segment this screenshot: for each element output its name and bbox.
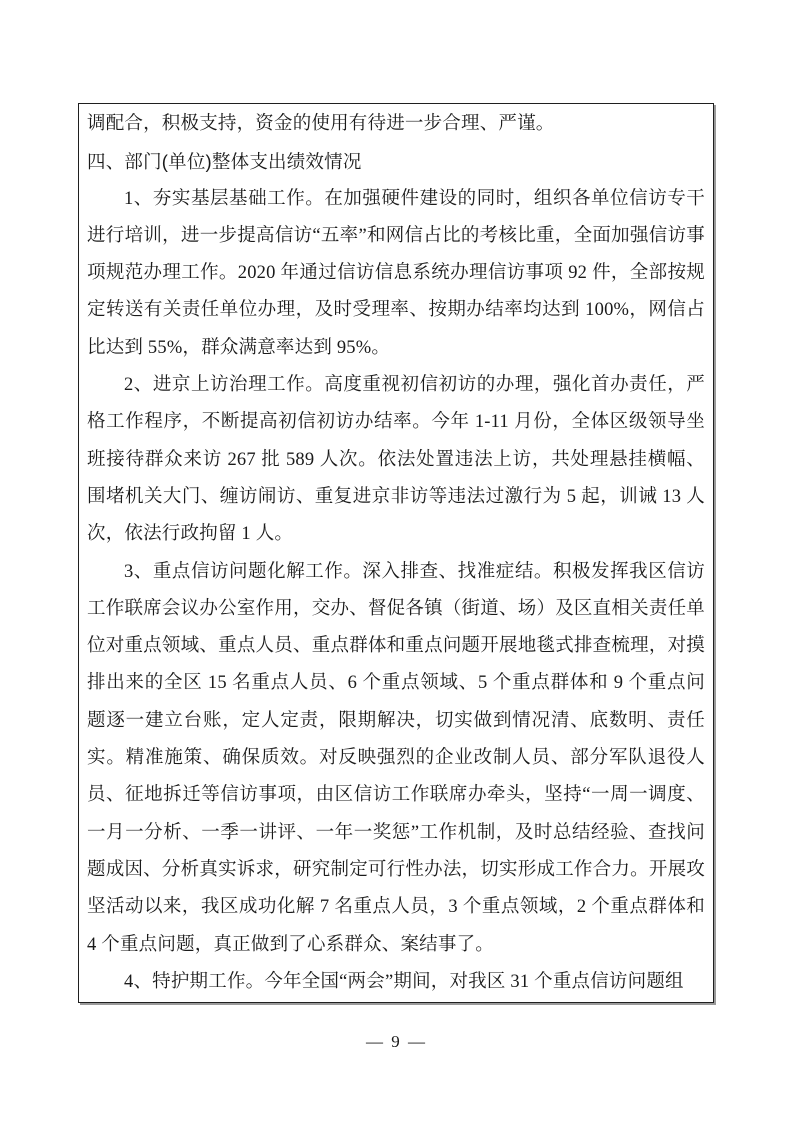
document-page: 调配合，积极支持，资金的使用有待进一步合理、严谨。 四、部门(单位)整体支出绩效… (0, 0, 793, 1122)
paragraph-petition-governance: 2、进京上访治理工作。高度重视初信初访的办理，强化首办责任，严格工作程序，不断提… (87, 367, 705, 553)
paragraph-grassroots-work: 1、夯实基层基础工作。在加强硬件建设的同时，组织各单位信访专干进行培训，进一步提… (87, 181, 705, 367)
continuation-paragraph: 调配合，积极支持，资金的使用有待进一步合理、严谨。 (87, 106, 705, 143)
paragraph-key-issues-resolution: 3、重点信访问题化解工作。深入排查、找准症结。积极发挥我区信访工作联席会议办公室… (87, 554, 705, 964)
paragraph-special-protection-period: 4、特护期工作。今年全国“两会”期间，对我区 31 个重点信访问题组 (87, 964, 705, 1001)
report-text-frame: 调配合，积极支持，资金的使用有待进一步合理、严谨。 四、部门(单位)整体支出绩效… (78, 103, 714, 1003)
page-number: — 9 — (0, 1032, 793, 1052)
section-heading: 四、部门(单位)整体支出绩效情况 (87, 143, 705, 180)
